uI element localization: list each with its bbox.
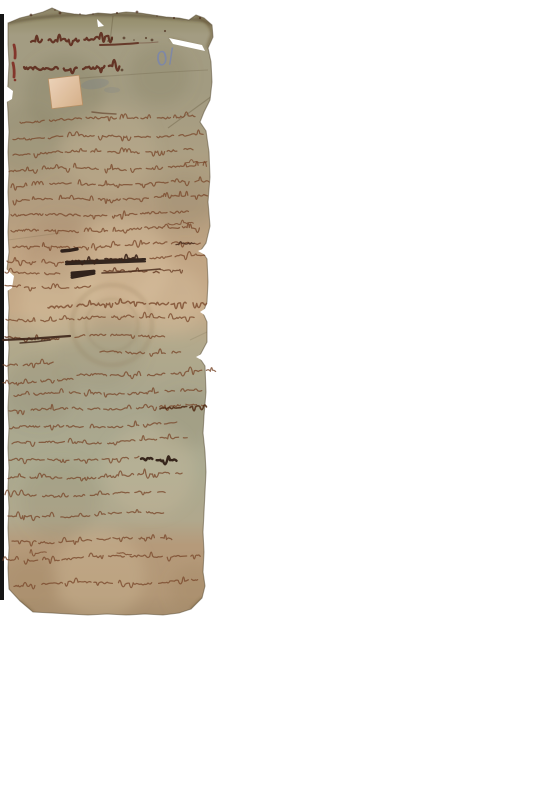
ink-speck bbox=[151, 39, 154, 42]
page-background: 0/ Scanned handwritten letter on torn, a… bbox=[0, 0, 549, 800]
ink-speck bbox=[59, 12, 62, 15]
ink-speck bbox=[136, 11, 139, 14]
ink-speck bbox=[133, 39, 135, 41]
ink-speck bbox=[199, 17, 201, 19]
ink-speck bbox=[164, 30, 166, 32]
ink-speck bbox=[54, 9, 56, 11]
letter-scan: 0/ bbox=[0, 0, 549, 800]
ink-speck bbox=[123, 37, 126, 40]
red-wax-dot bbox=[14, 79, 17, 82]
ink-speck bbox=[173, 17, 175, 19]
ink-speck bbox=[107, 40, 109, 42]
ink-speck bbox=[111, 38, 113, 40]
ink-speck bbox=[79, 13, 81, 15]
ink-speck bbox=[92, 13, 94, 15]
red-wax-mark bbox=[13, 63, 14, 77]
wafer-seal bbox=[48, 75, 82, 109]
ink-speck bbox=[30, 14, 33, 17]
ink-speck bbox=[116, 12, 118, 14]
ink-speck bbox=[156, 15, 158, 17]
red-wax-mark bbox=[14, 45, 15, 58]
paper-sheet bbox=[0, 0, 220, 620]
ink-speck bbox=[145, 37, 147, 39]
scanner-edge-strip bbox=[0, 14, 4, 600]
ink-speck bbox=[121, 69, 124, 72]
strikethrough-mark bbox=[62, 249, 77, 251]
